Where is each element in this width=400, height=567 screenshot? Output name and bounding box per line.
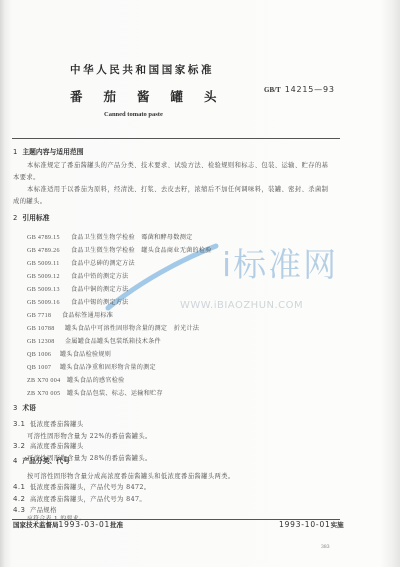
reference-item: GB 7718食品标签通用标准 bbox=[27, 310, 113, 319]
standard-organization: 中华人民共和国国家标准 bbox=[70, 62, 214, 77]
section-1-para1-line1: 本标准规定了番茄酱罐头的产品分类、技术要求、试验方法、检验规则和标志、包装、运输… bbox=[27, 160, 328, 169]
reference-item: GB 10788罐头食品中可溶性固形物含量的测定 折光计法 bbox=[27, 323, 199, 332]
section-4-heading: 4产品分类、代号 bbox=[13, 455, 70, 465]
document-title-en: Canned tomato paste bbox=[104, 111, 163, 118]
term-3-1-definition: 可溶性固形物含量为 22%的番茄酱罐头。 bbox=[27, 431, 152, 440]
header-divider bbox=[12, 138, 340, 139]
section-1-para1-line2: 本要求。 bbox=[13, 172, 40, 181]
standard-number: 14215—93 bbox=[285, 85, 335, 94]
watermark-logo: i标准网 bbox=[222, 239, 338, 286]
section-1-heading: 1主题内容与适用范围 bbox=[13, 146, 84, 156]
reference-item: QB 1006罐头食品检验规则 bbox=[27, 349, 111, 358]
standard-prefix: GB/T bbox=[264, 86, 281, 94]
term-3-1: 3.1低浓度番茄酱罐头 bbox=[13, 419, 84, 428]
reference-item: GB 5009.11食品中总砷的测定方法 bbox=[27, 258, 135, 267]
reference-item: GB 5009.12食品中铅的测定方法 bbox=[27, 271, 129, 280]
watermark-url: WWW.iBIAOZHUN.COM bbox=[180, 300, 303, 311]
approval-info: 国家技术监督局1993-03-01批准 bbox=[13, 520, 123, 529]
reference-item: GB 4789.26食品卫生微生物学检验 罐头食品商业无菌的检验 bbox=[27, 245, 212, 254]
standard-code: GB/T14215—93 bbox=[264, 85, 335, 94]
effective-info: 1993-10-01实施 bbox=[279, 520, 344, 529]
term-3-2: 3.2高浓度番茄酱罐头 bbox=[13, 441, 84, 450]
reference-item: GB 5009.13食品中铜的测定方法 bbox=[27, 284, 129, 293]
page-number: 383 bbox=[321, 545, 330, 550]
section-3-heading: 3术语 bbox=[13, 402, 36, 412]
section-4-intro: 按可溶性固形物含量分成高浓度番茄酱罐头和低浓度番茄酱罐头两类。 bbox=[27, 471, 235, 480]
document-page: i标准网 WWW.iBIAOZHUN.COM 中华人民共和国国家标准 番茄酱罐头… bbox=[0, 0, 400, 567]
reference-item: ZB X70 004罐头食品的感官检验 bbox=[27, 375, 125, 384]
reference-item: GB 12308金属罐食品罐头包装纸箱技术条件 bbox=[27, 336, 161, 345]
reference-item: QB 1007罐头食品净重和固形物含量的测定 bbox=[27, 362, 156, 371]
section-1-para2-line1: 本标准适用于以番茄为原料，经清洗、打浆、去皮去籽，浓缩后不加任何调味料，装罐、密… bbox=[27, 184, 328, 193]
item-4-1: 4.1低浓度番茄酱罐头，产品代号为 8472。 bbox=[13, 482, 150, 491]
reference-item: GB 5009.16食品中锡的测定方法 bbox=[27, 297, 129, 306]
section-2-heading: 2引用标准 bbox=[13, 212, 50, 222]
reference-item: ZB X70 005罐头食品包装、标志、运输和贮存 bbox=[27, 388, 163, 397]
section-1-para2-line2: 成的罐头。 bbox=[13, 196, 46, 205]
item-4-2: 4.2高浓度番茄酱罐头，产品代号为 847。 bbox=[13, 494, 146, 503]
reference-item: GB 4789.15食品卫生微生物学检验 霉菌和酵母数测定 bbox=[27, 232, 192, 241]
document-title-cn: 番茄酱罐头 bbox=[70, 87, 238, 105]
